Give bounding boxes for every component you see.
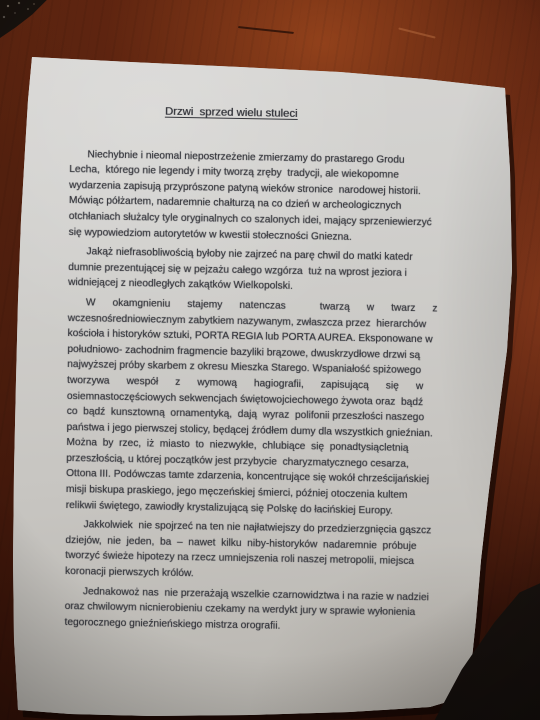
paragraph: W okamgnieniu stajemy natenczas twarzą w…	[66, 295, 468, 520]
paragraph: Jakkolwiek nie spojrzeć na ten nie najła…	[65, 517, 466, 586]
photo-scene: Drzwi sprzed wielu stuleci Niechybnie i …	[0, 0, 540, 720]
paragraph: Jednakowoż nas nie przerażają wszelkie c…	[64, 584, 464, 638]
wood-scratch	[398, 27, 435, 38]
paragraph: Niechybnie i nieomal niepostrzeżenie zmi…	[69, 147, 470, 248]
paper-sheet: Drzwi sprzed wielu stuleci Niechybnie i …	[0, 0, 540, 720]
document-title: Drzwi sprzed wielu stuleci	[165, 105, 470, 126]
document-body: Niechybnie i nieomal niepostrzeżenie zmi…	[64, 147, 469, 638]
wood-scratch	[238, 26, 294, 33]
dark-object-top-left	[0, 0, 52, 38]
document-text: Drzwi sprzed wielu stuleci Niechybnie i …	[64, 103, 470, 641]
paragraph: Jakąż niefrasobliwością byłoby nie zajrz…	[68, 244, 468, 298]
